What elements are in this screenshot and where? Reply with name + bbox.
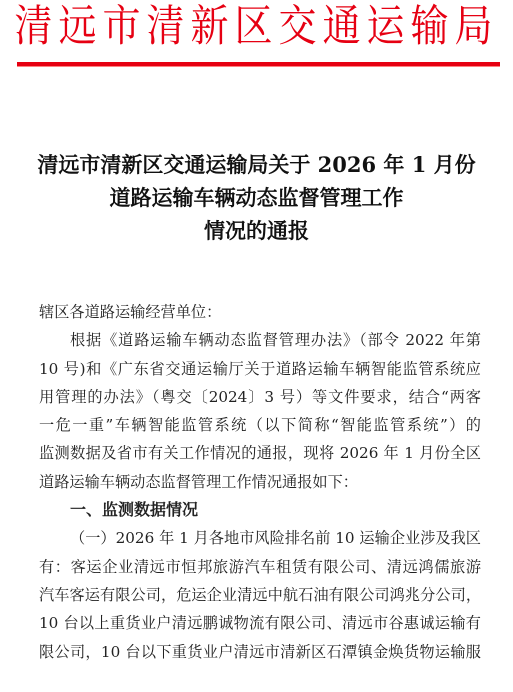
paragraph-line: 限公司，10 台以下重货业户清远市清新区石潭镇金焕货物运输服 bbox=[39, 638, 481, 666]
paragraph-line: （一）2026 年 1 月各地市风险排名前 10 运输企业涉及我区 bbox=[39, 524, 481, 552]
paragraph-line: 根据《道路运输车辆动态监督管理办法》（部令 2022 年第 bbox=[39, 326, 481, 354]
title-line-1: 清远市清新区交通运输局关于 2026 年 1 月份 bbox=[0, 148, 513, 181]
paragraph-line: 道路运输车辆动态监督管理工作情况通报如下： bbox=[39, 468, 481, 496]
title-line-2: 道路运输车辆动态监督管理工作 bbox=[0, 181, 513, 214]
paragraph-line: 用管理的办法》（粤交〔2024〕3 号）等文件要求，结合“两客 bbox=[39, 383, 481, 411]
salutation: 辖区各道路运输经营单位： bbox=[39, 298, 481, 326]
section-heading: 一、监测数据情况 bbox=[39, 496, 481, 524]
paragraph-line: 10 号)和《广东省交通运输厅关于道路运输车辆智能监管系统应 bbox=[39, 355, 481, 383]
masthead-divider bbox=[17, 62, 500, 67]
masthead-title: 清远市清新区交通运输局 bbox=[0, 1, 513, 52]
paragraph-line: 10 台以上重货业户清远鹏诚物流有限公司、清远市谷惠诚运输有 bbox=[39, 609, 481, 637]
title-line-3: 情况的通报 bbox=[0, 214, 513, 247]
paragraph-line: 汽车客运有限公司，危运企业清远中航石油有限公司鸿兆分公司， bbox=[39, 581, 481, 609]
paragraph-line: 一危一重”车辆智能监管系统（以下简称“智能监管系统”）的 bbox=[39, 411, 481, 439]
paragraph-line: 有：客运企业清远市恒邦旅游汽车租赁有限公司、清远鸿儒旅游 bbox=[39, 553, 481, 581]
paragraph-line: 监测数据及省市有关工作情况的通报，现将 2026 年 1 月份全区 bbox=[39, 439, 481, 467]
document-body: 辖区各道路运输经营单位： 根据《道路运输车辆动态监督管理办法》（部令 2022 … bbox=[39, 298, 481, 666]
document-title: 清远市清新区交通运输局关于 2026 年 1 月份 道路运输车辆动态监督管理工作… bbox=[0, 148, 513, 247]
